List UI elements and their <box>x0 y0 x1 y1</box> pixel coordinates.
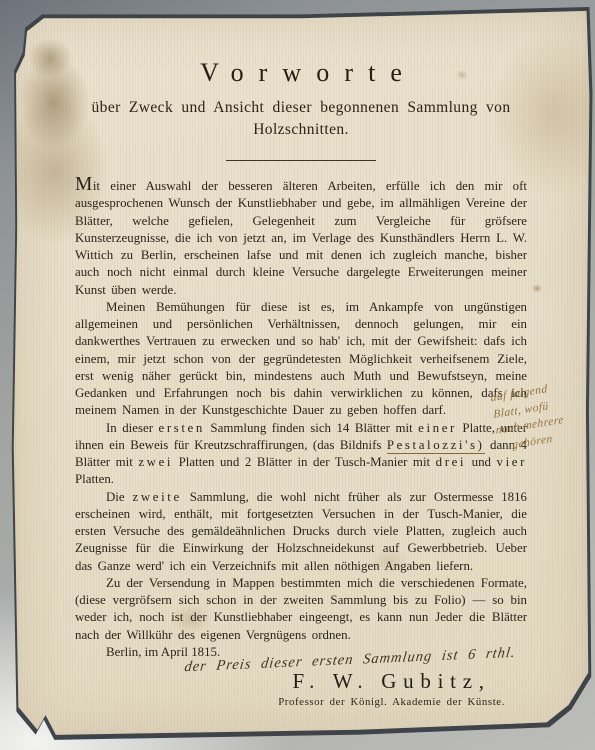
body-paragraph: In dieser ersten Sammlung finden sich 14… <box>75 420 527 489</box>
body-paragraph: Meinen Bemühungen für diese ist es, im A… <box>75 299 527 420</box>
text-segment: Zu der Versendung in Mappen bestimmten m… <box>75 576 527 642</box>
text-segment: it einer Auswahl der besseren älteren Ar… <box>75 179 527 297</box>
text-segment: vier <box>497 455 527 469</box>
text-segment: Platten und 2 Blätter in der Tusch-Manie… <box>173 455 436 469</box>
body-paragraph: Die zweite Sammlung, die wohl nicht früh… <box>75 489 527 575</box>
divider-rule <box>226 160 376 161</box>
scanned-document-photo: { "document": { "title": "Vorworte", "su… <box>0 0 595 750</box>
text-segment: zwei <box>138 455 173 469</box>
page-title: Vorworte <box>75 58 527 88</box>
text-segment: Platten. <box>75 472 114 486</box>
body-paragraph: Zu der Versendung in Mappen bestimmten m… <box>75 575 527 644</box>
signature-name: F. W. Gubitz, <box>278 669 505 693</box>
body-text: Mit einer Auswahl der besseren älteren A… <box>75 178 527 644</box>
text-segment: einer <box>418 421 457 435</box>
text-segment: M <box>75 174 93 195</box>
text-segment: Meinen Bemühungen für diese ist es, im A… <box>75 300 527 418</box>
text-segment: drei <box>436 455 466 469</box>
signature-block: F. W. Gubitz, Professor der Königl. Akad… <box>75 669 527 710</box>
signature-inner: F. W. Gubitz, Professor der Königl. Akad… <box>278 669 505 708</box>
text-segment: In dieser <box>106 421 159 435</box>
page-subtitle: über Zweck und Ansicht dieser begonnenen… <box>78 97 524 141</box>
text-segment: ersten <box>159 421 205 435</box>
text-segment: und <box>466 455 496 469</box>
paper-sheet: Vorworte über Zweck und Ansicht dieser b… <box>12 8 590 740</box>
handwritten-margin-note: auf folgendBlatt, wofünoch mehreregehöre… <box>489 375 595 456</box>
text-segment: Pestalozzi's) <box>387 438 485 454</box>
text-segment: zweite <box>133 490 182 504</box>
text-segment: Die <box>106 490 133 504</box>
document-content: Vorworte über Zweck und Ansicht dieser b… <box>12 8 590 740</box>
signature-title: Professor der Königl. Akademie der Künst… <box>278 696 505 708</box>
body-paragraph: Mit einer Auswahl der besseren älteren A… <box>75 178 527 299</box>
text-segment: Sammlung finden sich 14 Blätter mit <box>205 421 418 435</box>
